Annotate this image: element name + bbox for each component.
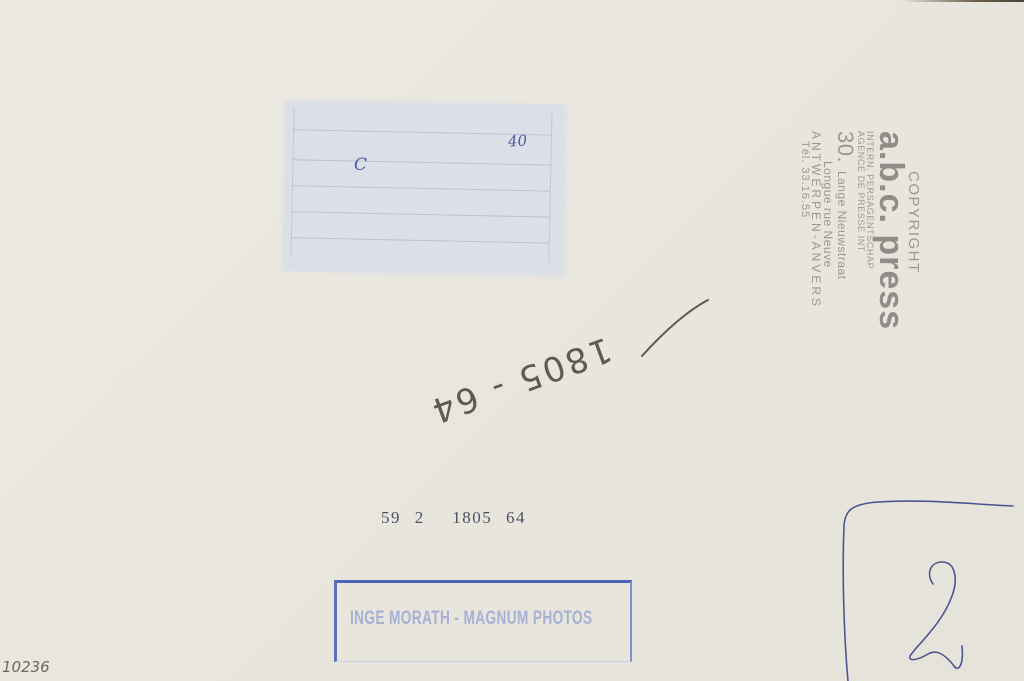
handwritten-note-40: 40 (507, 131, 527, 150)
stamp-number: 30. (833, 131, 858, 163)
corner-number-mark: 2 (838, 496, 1024, 681)
stamp-street-nl: Lange Nieuwstraat (835, 171, 849, 280)
photo-verso: 40 C COPYRIGHT a.b.c. press INTERN. PERS… (0, 0, 1024, 681)
stamp-city: ANTWERPEN-ANVERS (810, 131, 822, 371)
stamp-brand: a.b.c. press (874, 131, 908, 371)
pencil-annotation: 1805 - 64 (424, 329, 617, 432)
photographer-stamp-text: INGE MORATH - MAGNUM PHOTOS (350, 608, 593, 630)
pencil-archive-id: 10236 (2, 658, 50, 676)
stamp-line1: INTERN. PERSAGENTSCHAP (865, 131, 874, 371)
label-ruled-lines (290, 107, 561, 263)
handwritten-note-c: C (354, 155, 367, 175)
stamp-line2: AGENCE DE PRESSE INT. (856, 131, 865, 371)
scan-edge (900, 0, 1024, 2)
stamp-address: 30. Lange Nieuwstraat (834, 131, 856, 371)
stamp-street-fr: Longue rue Neuve (822, 161, 834, 371)
pencil-check-icon (640, 298, 710, 358)
stamped-reference-numbers: 59 2 1805 64 (381, 508, 526, 528)
copyright-stamp: COPYRIGHT a.b.c. press INTERN. PERSAGENT… (799, 131, 921, 371)
svg-text:2: 2 (838, 496, 839, 497)
